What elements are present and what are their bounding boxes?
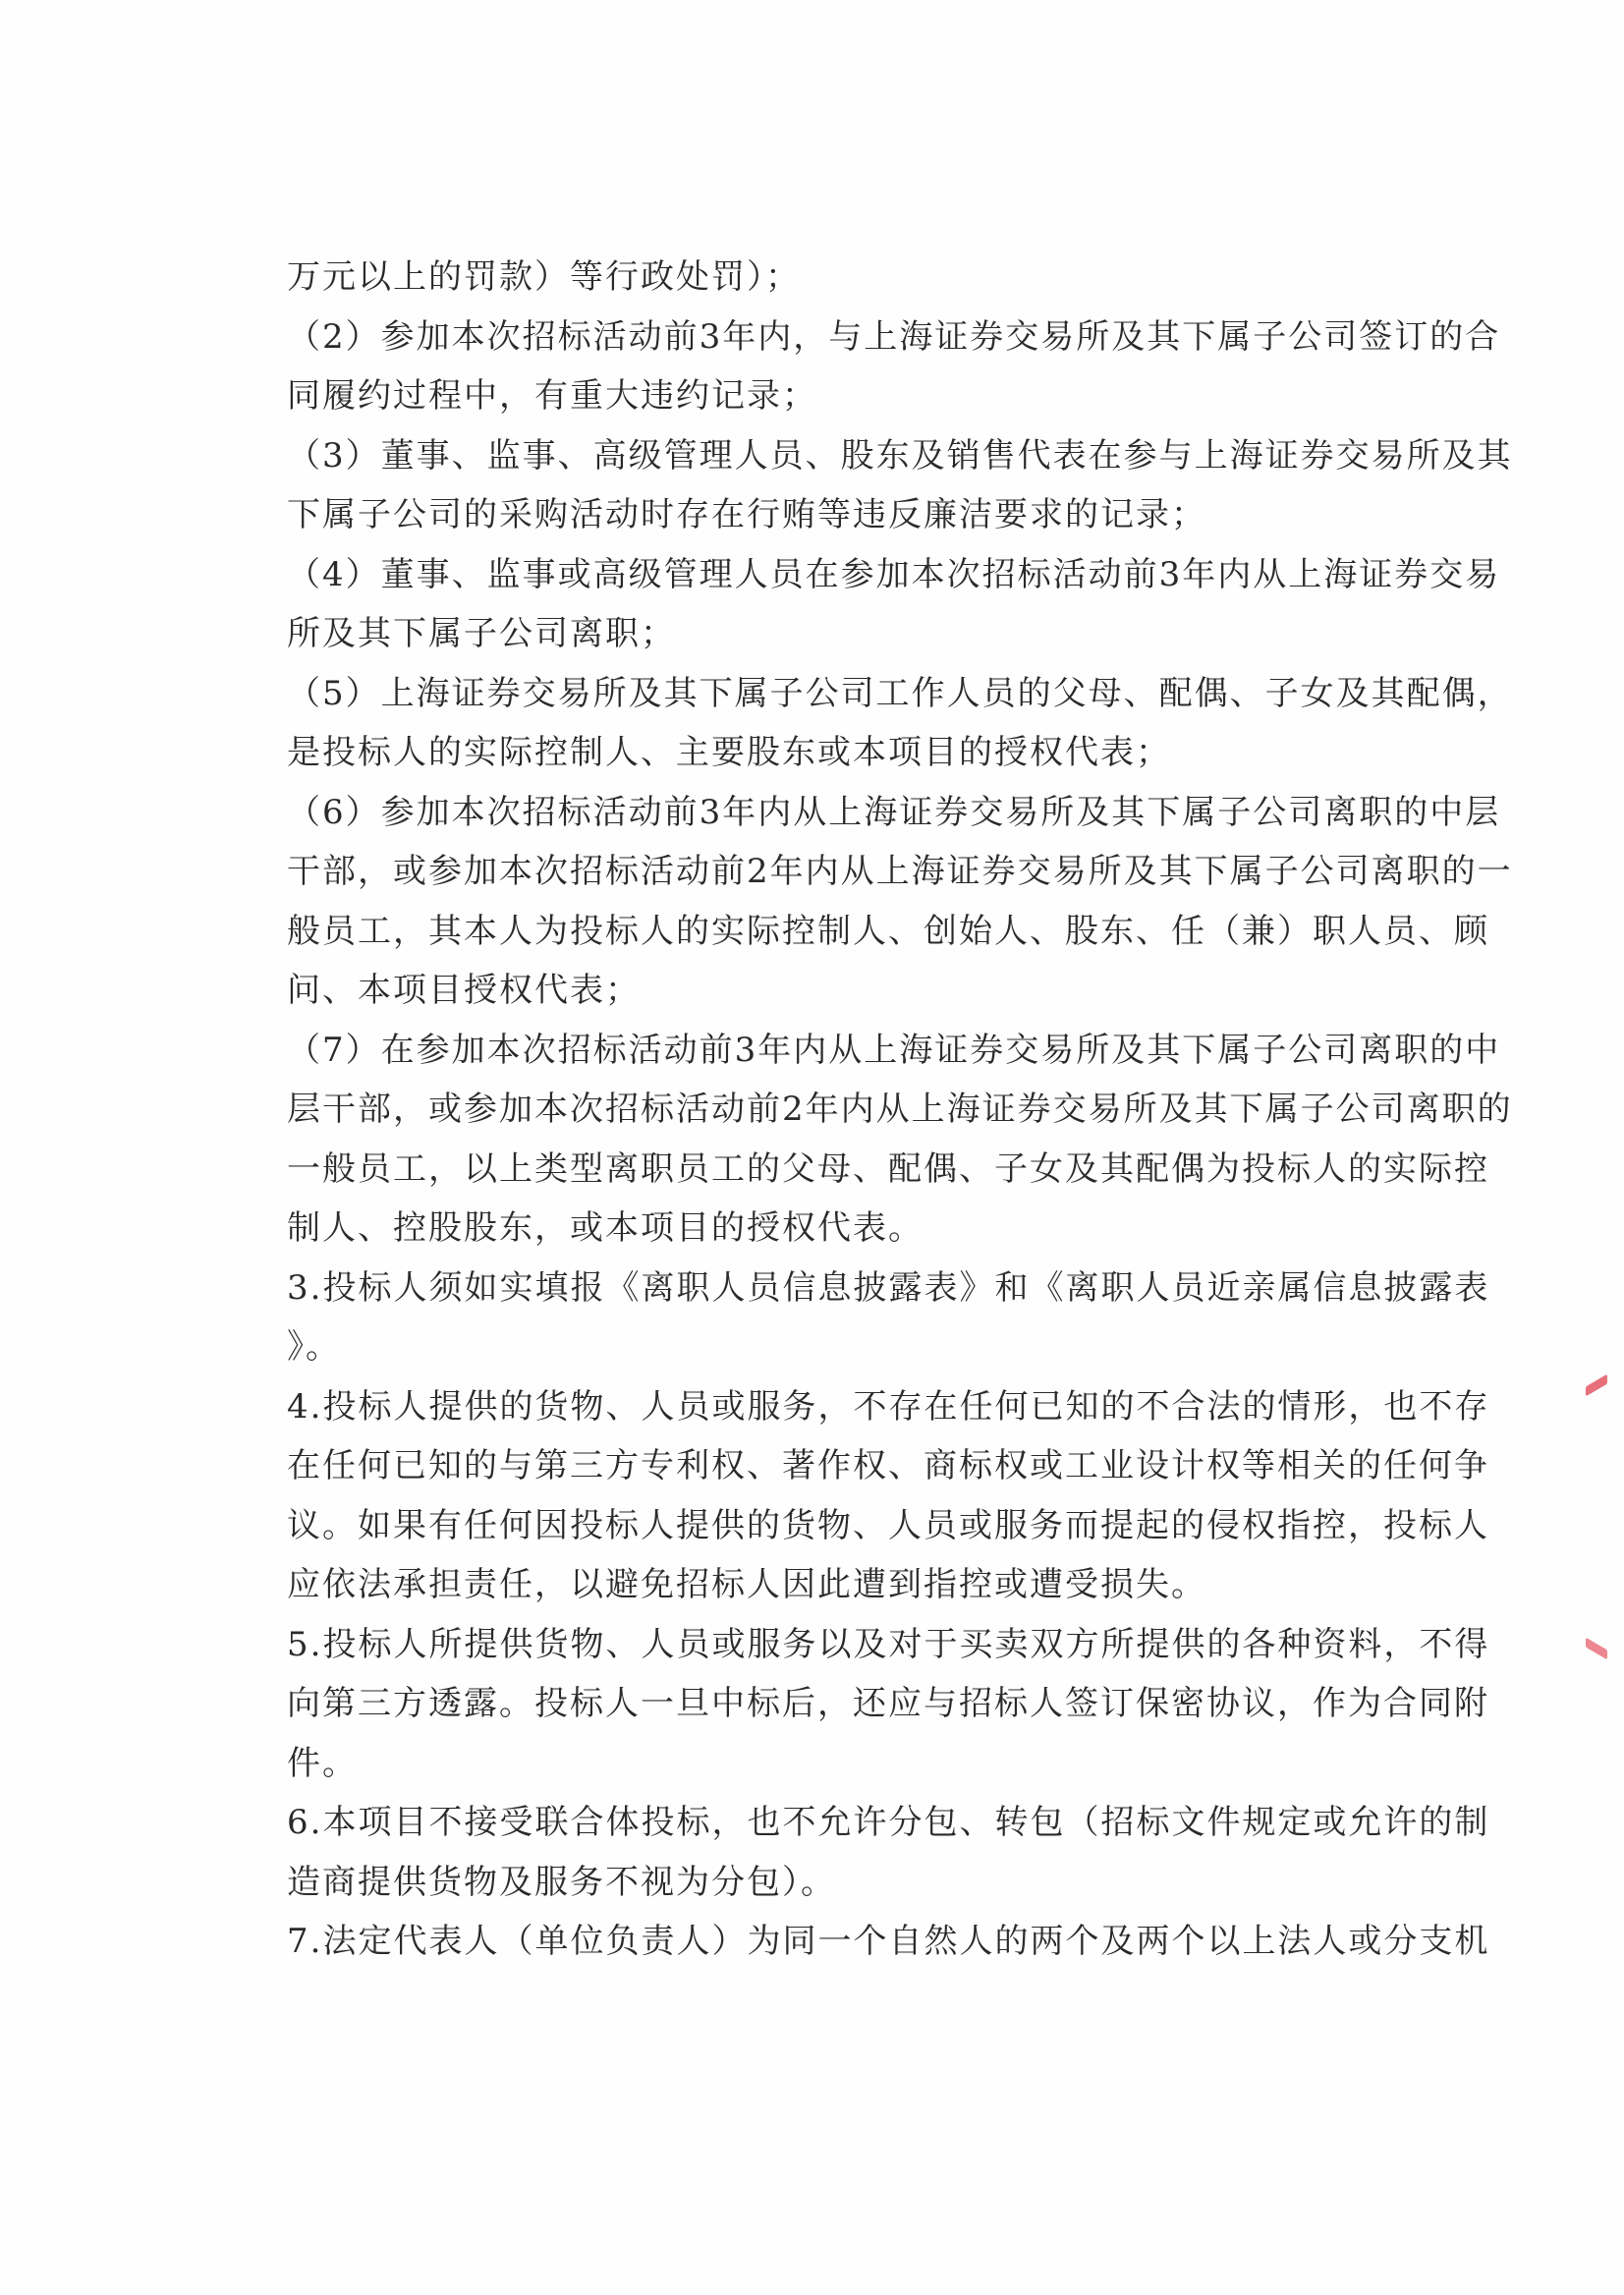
text-line: 层干部，或参加本次招标活动前2年内从上海证券交易所及其下属子公司离职的	[287, 1080, 1328, 1140]
text-line: 是投标人的实际控制人、主要股东或本项目的授权代表；	[287, 723, 1328, 783]
text-line: （3）董事、监事、高级管理人员、股东及销售代表在参与上海证券交易所及其	[287, 426, 1328, 486]
text-line: 问、本项目授权代表；	[287, 961, 1328, 1021]
seal-edge-mark	[1586, 1638, 1607, 1660]
text-line: （2）参加本次招标活动前3年内，与上海证券交易所及其下属子公司签订的合	[287, 308, 1328, 367]
text-line: 议。如果有任何因投标人提供的货物、人员或服务而提起的侵权指控，投标人	[287, 1496, 1328, 1556]
text-line: 应依法承担责任，以避免招标人因此遭到指控或遭受损失。	[287, 1555, 1328, 1615]
text-line: 造商提供货物及服务不视为分包）。	[287, 1853, 1328, 1913]
text-line: 5.投标人所提供货物、人员或服务以及对于买卖双方所提供的各种资料，不得	[287, 1615, 1328, 1675]
text-line: 所及其下属子公司离职；	[287, 604, 1328, 664]
text-line: 4.投标人提供的货物、人员或服务，不存在任何已知的不合法的情形，也不存	[287, 1377, 1328, 1437]
text-line: 6.本项目不接受联合体投标，也不允许分包、转包（招标文件规定或允许的制	[287, 1793, 1328, 1853]
text-line: 下属子公司的采购活动时存在行贿等违反廉洁要求的记录；	[287, 485, 1328, 545]
text-line: 7.法定代表人（单位负责人）为同一个自然人的两个及两个以上法人或分支机	[287, 1912, 1328, 1972]
text-line: 件。	[287, 1734, 1328, 1794]
text-line: 万元以上的罚款）等行政处罚）；	[287, 248, 1328, 308]
text-line: （5）上海证券交易所及其下属子公司工作人员的父母、配偶、子女及其配偶，	[287, 664, 1328, 724]
text-line: 在任何已知的与第三方专利权、著作权、商标权或工业设计权等相关的任何争	[287, 1436, 1328, 1496]
partial-red-seal	[1584, 1371, 1624, 1685]
text-line: （4）董事、监事或高级管理人员在参加本次招标活动前3年内从上海证券交易	[287, 545, 1328, 605]
text-line: 同履约过程中，有重大违约记录；	[287, 366, 1328, 426]
text-line: 干部，或参加本次招标活动前2年内从上海证券交易所及其下属子公司离职的一	[287, 842, 1328, 902]
text-line: 向第三方透露。投标人一旦中标后，还应与招标人签订保密协议，作为合同附	[287, 1674, 1328, 1734]
document-page: 万元以上的罚款）等行政处罚）； （2）参加本次招标活动前3年内，与上海证券交易所…	[0, 0, 1624, 2295]
text-line: 制人、控股股东，或本项目的授权代表。	[287, 1199, 1328, 1259]
seal-text	[1588, 1429, 1611, 1636]
text-line: 一般员工，以上类型离职员工的父母、配偶、子女及其配偶为投标人的实际控	[287, 1140, 1328, 1200]
seal-edge-mark	[1586, 1374, 1607, 1397]
text-line: 3.投标人须如实填报《离职人员信息披露表》和《离职人员近亲属信息披露表	[287, 1259, 1328, 1318]
text-line: 般员工，其本人为投标人的实际控制人、创始人、股东、任（兼）职人员、顾	[287, 902, 1328, 962]
text-line: 》。	[287, 1317, 1328, 1377]
text-line: （7）在参加本次招标活动前3年内从上海证券交易所及其下属子公司离职的中	[287, 1021, 1328, 1081]
text-line: （6）参加本次招标活动前3年内从上海证券交易所及其下属子公司离职的中层	[287, 783, 1328, 843]
document-body: 万元以上的罚款）等行政处罚）； （2）参加本次招标活动前3年内，与上海证券交易所…	[287, 248, 1328, 1972]
